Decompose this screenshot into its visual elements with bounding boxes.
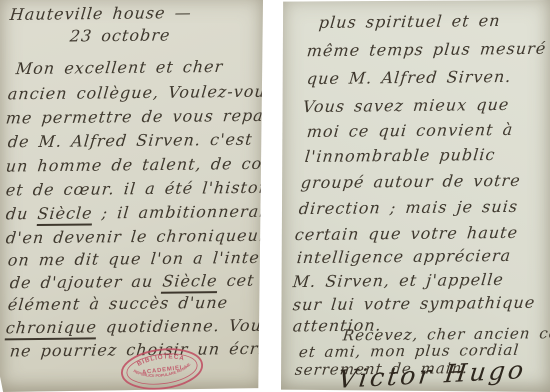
handwritten-line: me permettre de vous reparler (5, 105, 299, 127)
handwritten-line: Hauteville house — (9, 3, 193, 24)
handwritten-line: certain que votre haute (294, 223, 519, 244)
handwritten-line: on me dit que l'on a l'intention (7, 247, 308, 269)
letter-page-right: plus spirituel et en même temps plus mes… (281, 0, 550, 392)
handwritten-line: sur lui votre sympathique (292, 293, 536, 315)
handwritten-line: de d'ajouter au Siècle cet (9, 271, 256, 293)
handwritten-line: moi ce qui convient à (306, 120, 514, 141)
handwritten-line: et de cœur. il a été l'historien (5, 177, 296, 199)
handwritten-line: plus spirituel et en (318, 11, 501, 32)
letter-scan: Hauteville house — 23 octobre Mon excell… (0, 0, 550, 392)
handwritten-line: d'en devenir le chroniqueur. (5, 226, 273, 248)
handwritten-line: direction ; mais je suis (298, 197, 519, 218)
handwritten-line: ancien collègue, Voulez-vous (7, 82, 276, 104)
handwritten-line: du Siècle ; il ambitionnerait (5, 202, 274, 224)
handwritten-line: de M. Alfred Sirven. c'est (7, 130, 254, 152)
letter-page-left: Hauteville house — 23 octobre Mon excell… (0, 0, 263, 392)
handwritten-line: chronique quotidienne. Vous (5, 316, 272, 338)
handwritten-line: que M. Alfred Sirven. (306, 67, 512, 88)
handwritten-line: Vous savez mieux que (302, 95, 510, 116)
handwritten-line: Mon excellent et cher (15, 57, 224, 78)
handwritten-line: 23 octobre (69, 25, 171, 45)
handwritten-line: M. Sirven, et j'appelle (292, 270, 505, 291)
handwritten-line: un homme de talent, de courage (5, 153, 316, 175)
handwritten-line: intelligence appréciera (296, 246, 512, 267)
handwritten-line: même temps plus mesuré (306, 39, 547, 61)
handwritten-line: groupé autour de votre (300, 171, 522, 192)
handwritten-line: l'innombrable public (304, 145, 496, 166)
handwritten-line: élément à succès d'une (7, 293, 229, 314)
